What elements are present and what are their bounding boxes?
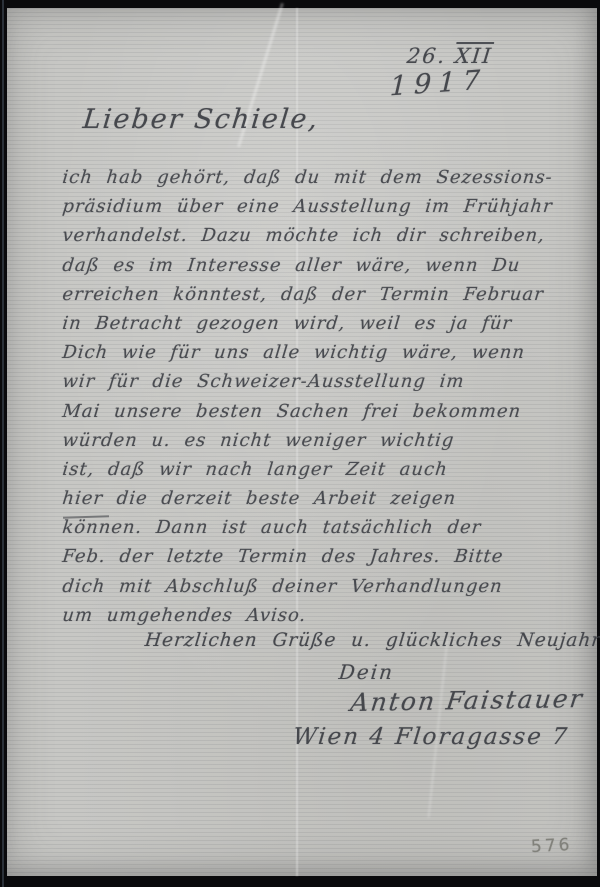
letter-body: ich hab gehört, daß du mit dem Sezession… bbox=[62, 167, 584, 634]
body-line: Mai unsere besten Sachen frei bekommen bbox=[60, 401, 585, 430]
body-line: können. Dann ist auch tatsächlich der bbox=[60, 517, 585, 546]
sender-address: Wien 4 Floragasse 7 bbox=[292, 724, 570, 750]
archive-page-number: 576 bbox=[531, 835, 573, 857]
letter-date-year: 1917 bbox=[389, 65, 487, 103]
body-line: verhandelst. Dazu möchte ich dir schreib… bbox=[60, 225, 585, 254]
letter-paper: 26. XII 1917 Lieber Schiele, ich hab geh… bbox=[7, 8, 597, 876]
date-month-roman: XII bbox=[454, 44, 494, 68]
body-line: Dich wie für uns alle wichtig wäre, wenn bbox=[60, 342, 585, 371]
valediction: Dein bbox=[338, 660, 396, 684]
salutation: Lieber Schiele, bbox=[81, 104, 320, 135]
body-line: in Betracht gezogen wird, weil es ja für bbox=[60, 313, 585, 342]
body-line: erreichen könntest, daß der Termin Febru… bbox=[60, 284, 585, 313]
closing-line: Herzlichen Grüße u. glückliches Neujahr bbox=[144, 630, 600, 651]
body-line: Feb. der letzte Termin des Jahres. Bitte bbox=[60, 546, 585, 575]
body-line: hier die derzeit beste Arbeit zeigen bbox=[60, 488, 585, 517]
date-day: 26. bbox=[406, 44, 448, 68]
body-line: präsidium über eine Ausstellung im Frühj… bbox=[60, 196, 585, 225]
body-line: ich hab gehört, daß du mit dem Sezession… bbox=[60, 167, 585, 196]
body-line: daß es im Interesse aller wäre, wenn Du bbox=[60, 255, 585, 284]
scan-edge-highlight bbox=[2, 0, 4, 887]
body-line: wir für die Schweizer-Ausstellung im bbox=[60, 371, 585, 400]
body-line: dich mit Abschluß deiner Verhandlungen bbox=[60, 576, 585, 605]
signature: Anton Faistauer bbox=[349, 684, 586, 717]
body-line: würden u. es nicht weniger wichtig bbox=[60, 430, 585, 459]
body-line: ist, daß wir nach langer Zeit auch bbox=[60, 459, 585, 488]
